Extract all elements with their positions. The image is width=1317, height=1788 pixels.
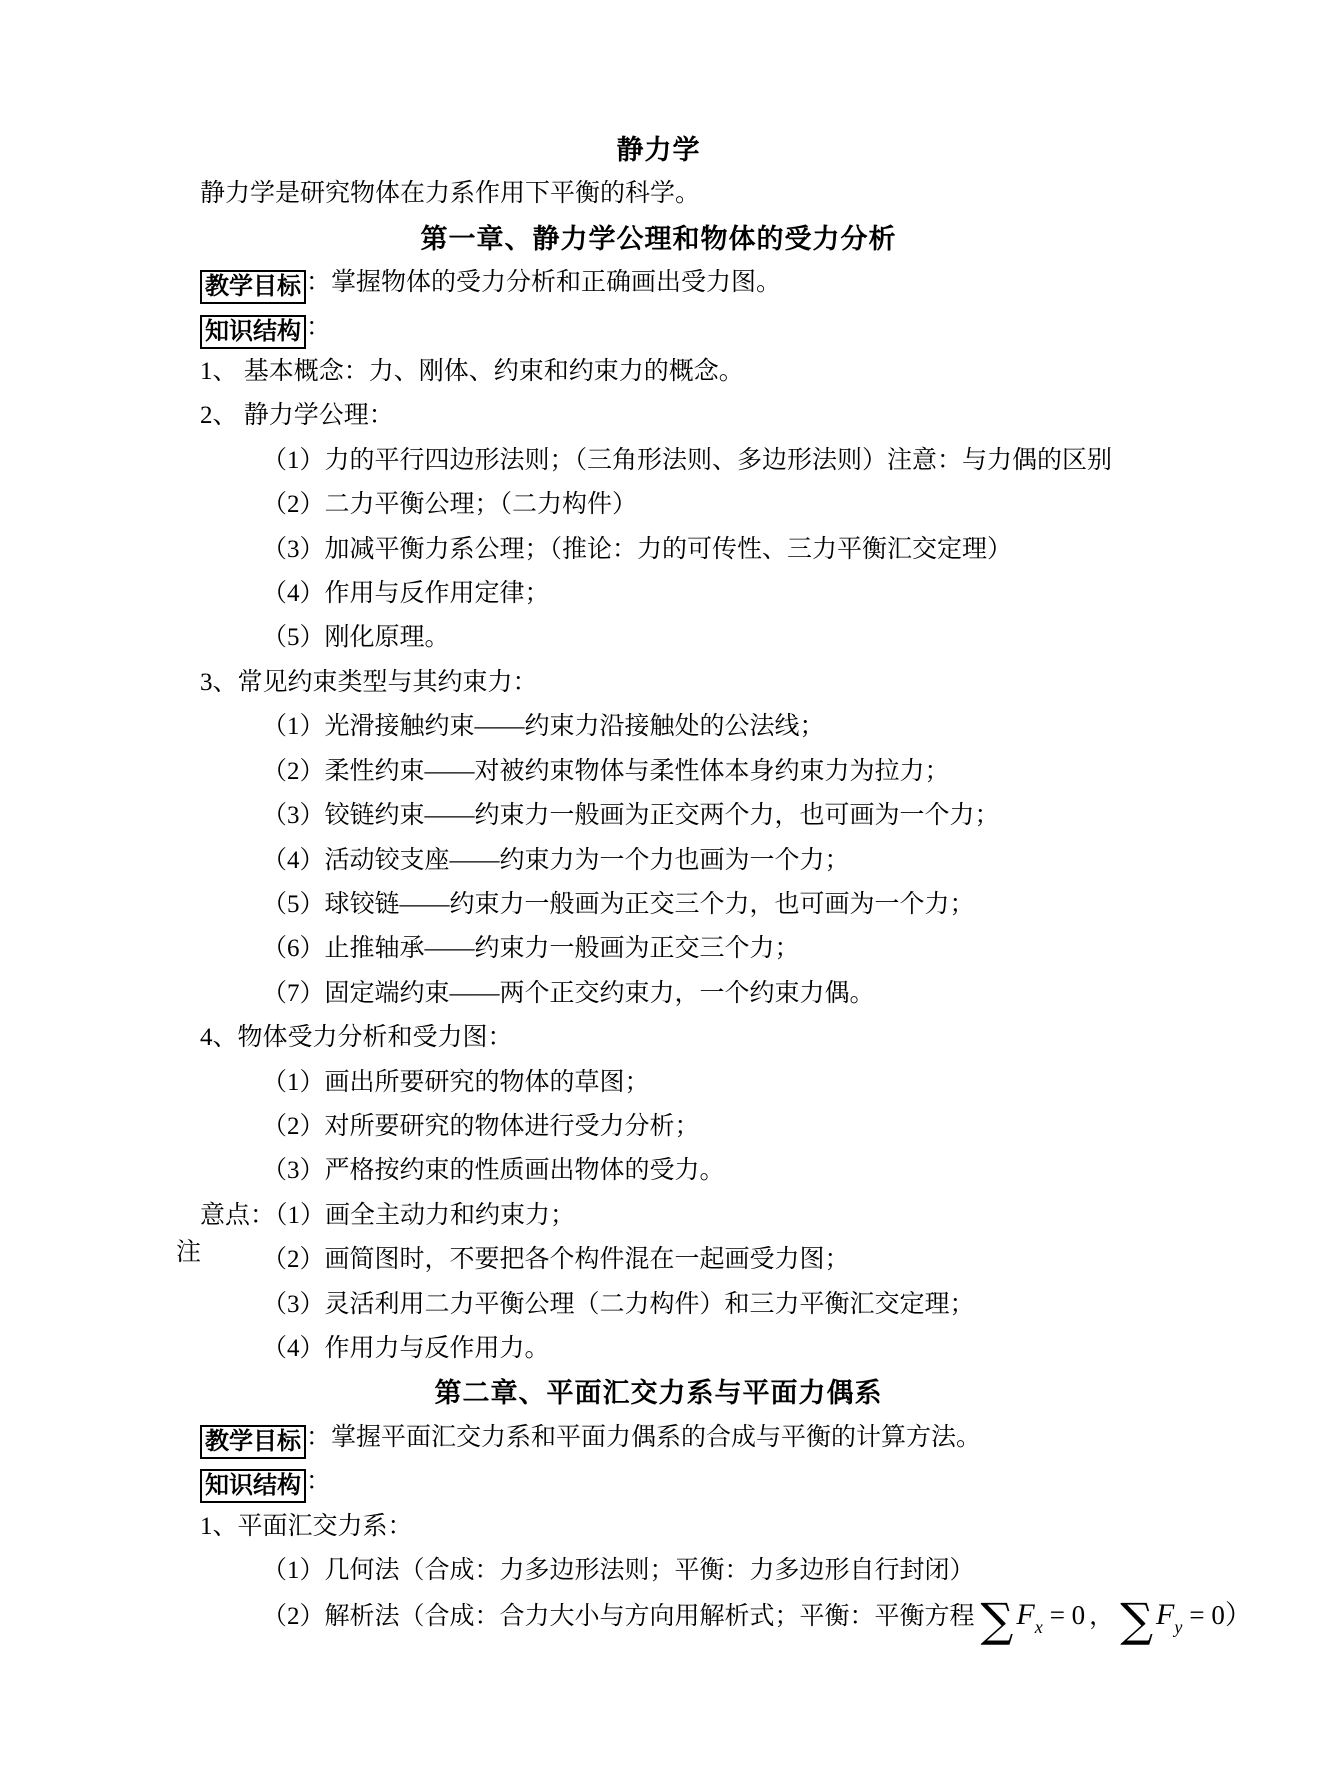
chapter2-teaching-goal-text: ：掌握平面汇交力系和平面力偶系的合成与平衡的计算方法。	[306, 1424, 981, 1451]
outline-item-analytic-formula: （2）解析法（合成：合力大小与方向用解析式；平衡：平衡方程∑Fx= 0，∑Fy=…	[0, 1593, 1317, 1649]
force-subscript-x: x	[1035, 1617, 1043, 1637]
outline-item: （1）几何法（合成：力多边形法则；平衡：力多边形自行封闭）	[0, 1549, 1317, 1593]
chapter2-teaching-goal-label: 教学目标	[200, 1425, 306, 1459]
outline-item: （7）固定端约束——两个正交约束力，一个约束力偶。	[0, 972, 1317, 1016]
outline-item: （4）作用力与反作用力。	[0, 1327, 1317, 1371]
outline-item: （3）灵活利用二力平衡公理（二力构件）和三力平衡汇交定理；	[0, 1283, 1317, 1327]
chapter2-knowledge-structure-label: 知识结构	[200, 1469, 306, 1503]
equals-zero: = 0	[1189, 1600, 1224, 1630]
closing-paren: ）	[1225, 1600, 1252, 1630]
chapter1-teaching-goal-line: 教学目标：掌握物体的受力分析和正确画出受力图。	[0, 261, 1317, 305]
intro-paragraph: 静力学是研究物体在力系作用下平衡的科学。	[0, 172, 1317, 216]
outline-item: （4）作用与反作用定律；	[0, 572, 1317, 616]
outline-item: （1）光滑接触约束——约束力沿接触处的公法线；	[0, 705, 1317, 749]
outline-item: （3）严格按约束的性质画出物体的受力。	[0, 1149, 1317, 1193]
equals-zero: = 0	[1050, 1600, 1085, 1630]
outline-item: 4、物体受力分析和受力图：	[0, 1016, 1317, 1060]
analytic-prefix-text: （2）解析法（合成：合力大小与方向用解析式；平衡：平衡方程	[262, 1603, 975, 1630]
chapter1-teaching-goal-text: ：掌握物体的受力分析和正确画出受力图。	[306, 269, 781, 296]
outline-item: （5）球铰链——约束力一般画为正交三个力，也可画为一个力；	[0, 883, 1317, 927]
force-variable: F	[1016, 1598, 1034, 1631]
outline-item: （4）活动铰支座——约束力为一个力也画为一个力；	[0, 839, 1317, 883]
summation-icon: ∑	[1120, 1593, 1153, 1647]
force-subscript-y: y	[1174, 1617, 1182, 1637]
chapter1-knowledge-structure-label: 知识结构	[200, 315, 306, 349]
chapter2-knowledge-structure-line: 知识结构：	[0, 1460, 1317, 1504]
chapter1-knowledge-structure-colon: ：	[306, 314, 331, 341]
chapter1-knowledge-structure-line: 知识结构：	[0, 306, 1317, 350]
outline-item: （3）加减平衡力系公理；（推论：力的可传性、三力平衡汇交定理）	[0, 528, 1317, 572]
chapter2-knowledge-structure-colon: ：	[306, 1468, 331, 1495]
outline-item: （1）力的平行四边形法则；（三角形法则、多边形法则）注意：与力偶的区别	[0, 439, 1317, 483]
chapter2-heading: 第二章、平面汇交力系与平面力偶系	[0, 1371, 1317, 1415]
summation-icon: ∑	[981, 1593, 1014, 1647]
outline-item: 3、常见约束类型与其约束力：	[0, 661, 1317, 705]
chapter1-heading: 第一章、静力学公理和物体的受力分析	[0, 217, 1317, 261]
outline-item: （2）二力平衡公理；（二力构件）	[0, 483, 1317, 527]
outline-item: 2、 静力学公理：	[0, 394, 1317, 438]
outline-item: （2）柔性约束——对被约束物体与柔性体本身约束力为拉力；	[0, 750, 1317, 794]
doc-title: 静力学	[0, 128, 1317, 172]
chapter2-teaching-goal-line: 教学目标：掌握平面汇交力系和平面力偶系的合成与平衡的计算方法。	[0, 1416, 1317, 1460]
outline-item: 1、平面汇交力系：	[0, 1505, 1317, 1549]
force-variable: F	[1156, 1598, 1174, 1631]
outline-item: （5）刚化原理。	[0, 616, 1317, 660]
formula-separator: ，	[1089, 1603, 1114, 1630]
outline-item: （3）铰链约束——约束力一般画为正交两个力，也可画为一个力；	[0, 794, 1317, 838]
outline-item: 1、 基本概念：力、刚体、约束和约束力的概念。	[0, 350, 1317, 394]
outline-item: （6）止推轴承——约束力一般画为正交三个力；	[0, 927, 1317, 971]
outline-item-note-points: 意点：（1）画全主动力和约束力；	[0, 1194, 1317, 1238]
chapter1-teaching-goal-label: 教学目标	[200, 270, 306, 304]
margin-note: 注	[176, 1238, 201, 1268]
outline-item: （2）对所要研究的物体进行受力分析；	[0, 1105, 1317, 1149]
document-content: 静力学 静力学是研究物体在力系作用下平衡的科学。 第一章、静力学公理和物体的受力…	[0, 128, 1317, 1650]
outline-item: （1）画出所要研究的物体的草图；	[0, 1061, 1317, 1105]
